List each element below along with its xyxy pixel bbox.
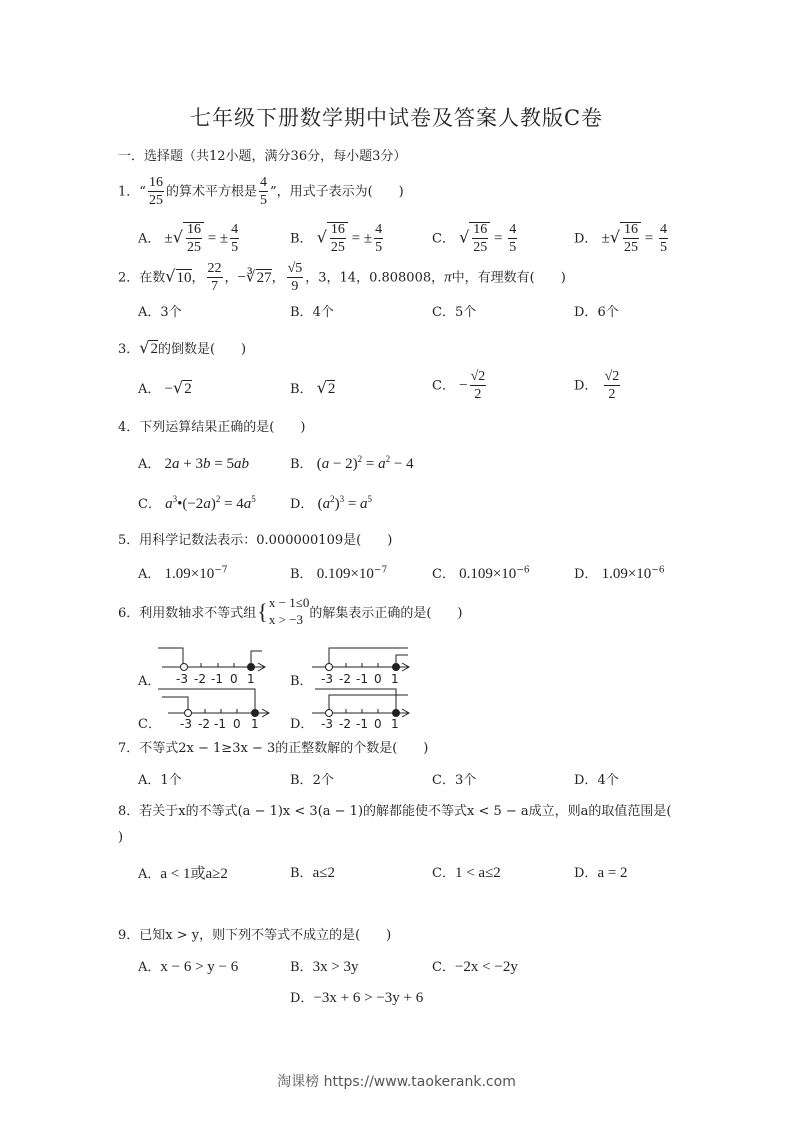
question-4-option-c[interactable]: C． a3•(−2a)2 = 4a5 xyxy=(138,493,256,513)
svg-text:-3: -3 xyxy=(180,717,192,731)
question-5-option-b[interactable]: B． 0.109×10−7 xyxy=(290,563,387,583)
question-7-option-b[interactable]: B．2个 xyxy=(290,769,334,788)
number-line-diagrams: -3-2-101 -3-2-101 -3-2-101 -3-2-101 xyxy=(0,0,793,1122)
svg-text:-2: -2 xyxy=(198,717,210,731)
question-9-option-b[interactable]: B．3x > 3y xyxy=(290,956,359,976)
question-2-option-d[interactable]: D．6个 xyxy=(574,301,619,320)
question-9-option-a[interactable]: A．x − 6 > y − 6 xyxy=(138,956,238,976)
question-1-option-a[interactable]: A． ±√1625 = ±45 xyxy=(138,222,241,255)
question-1-option-c[interactable]: C． √1625 = 45 xyxy=(432,222,519,255)
number-line-b xyxy=(312,648,409,671)
question-2-option-a[interactable]: A．3个 xyxy=(138,301,182,320)
fraction-4-5: 45 xyxy=(259,176,268,208)
question-3-option-a[interactable]: A． −√2 xyxy=(138,378,192,398)
number-line-a xyxy=(158,648,265,671)
fraction-16-25: 1625 xyxy=(148,176,164,208)
number-line-d xyxy=(312,689,409,717)
section-heading: 一．选择题（共12小题，满分36分，每小题3分） xyxy=(118,145,406,164)
svg-text:-2: -2 xyxy=(194,672,206,686)
svg-text:-3: -3 xyxy=(176,672,188,686)
question-4-stem: 4．下列运算结果正确的是( ) xyxy=(118,416,305,435)
question-1-option-b[interactable]: B． √1625 = ±45 xyxy=(290,222,385,255)
question-5-option-a[interactable]: A． 1.09×10−7 xyxy=(138,563,228,583)
footer-watermark: 淘课榜 https://www.taokerank.com xyxy=(0,1071,793,1091)
svg-text:0: 0 xyxy=(230,672,238,686)
document-title: 七年级下册数学期中试卷及答案人教版C卷 xyxy=(0,102,793,132)
svg-text:-1: -1 xyxy=(214,717,226,731)
question-2-option-b[interactable]: B．4个 xyxy=(290,301,334,320)
question-1-option-d[interactable]: D． ±√1625 = 45 xyxy=(574,222,670,255)
question-2-option-c[interactable]: C．5个 xyxy=(432,301,476,320)
svg-text:-1: -1 xyxy=(356,672,368,686)
svg-text:-3: -3 xyxy=(321,717,333,731)
question-7-stem: 7．不等式2x − 1≥3x − 3的正整数解的个数是( ) xyxy=(118,737,428,756)
svg-text:-2: -2 xyxy=(339,672,351,686)
question-8-option-b[interactable]: B．a≤2 xyxy=(290,862,335,882)
svg-text:1: 1 xyxy=(391,672,399,686)
svg-text:0: 0 xyxy=(374,717,382,731)
question-6-option-d-label[interactable]: D． xyxy=(290,713,313,732)
question-6-stem: 6．利用数轴求不等式组 { x − 1≤0x > −3 的解集表示正确的是( ) xyxy=(118,595,462,629)
question-4-option-a[interactable]: A． 2a + 3b = 5ab xyxy=(138,453,249,473)
svg-text:0: 0 xyxy=(233,717,241,731)
question-5-stem: 5．用科学记数法表示：0.000000109是( ) xyxy=(118,529,392,548)
question-3-stem: 3．√2的倒数是( ) xyxy=(118,338,246,358)
svg-text:1: 1 xyxy=(391,717,399,731)
question-8-stem: 8．若关于x的不等式(a − 1)x < 3(a − 1)的解都能使不等式x <… xyxy=(118,800,672,819)
svg-text:-1: -1 xyxy=(356,717,368,731)
question-7-option-a[interactable]: A．1个 xyxy=(138,769,182,788)
number-line-c xyxy=(158,689,269,717)
svg-text:-3: -3 xyxy=(321,672,333,686)
question-2-stem: 2．在数√10，227，−∛27，√59，3，14，0.808008，π中，有理… xyxy=(118,262,566,294)
question-4-option-b[interactable]: B． (a − 2)2 = a2 − 4 xyxy=(290,453,414,473)
question-8-option-d[interactable]: D．a = 2 xyxy=(574,862,628,882)
question-5-option-d[interactable]: D． 1.09×10−6 xyxy=(574,563,665,583)
question-3-option-d[interactable]: D． √22 xyxy=(574,370,622,402)
question-9-option-d[interactable]: D．−3x + 6 > −3y + 6 xyxy=(290,987,423,1007)
svg-text:-1: -1 xyxy=(211,672,223,686)
question-8-stem-continued: ) xyxy=(118,830,123,845)
question-1-stem: 1．“1625的算术平方根是45”，用式子表示为( ) xyxy=(118,176,404,208)
svg-text:0: 0 xyxy=(374,672,382,686)
question-3-option-b[interactable]: B． √2 xyxy=(290,378,335,398)
question-7-option-c[interactable]: C．3个 xyxy=(432,769,476,788)
question-6-option-a-label[interactable]: A． xyxy=(138,670,160,689)
question-6-option-b-label[interactable]: B． xyxy=(290,670,313,689)
question-5-option-c[interactable]: C． 0.109×10−6 xyxy=(432,563,530,583)
question-9-stem: 9．已知x > y，则下列不等式不成立的是( ) xyxy=(118,924,391,943)
question-8-option-a[interactable]: A．a < 1或a≥2 xyxy=(138,862,228,883)
svg-text:1: 1 xyxy=(251,717,259,731)
question-7-option-d[interactable]: D．4个 xyxy=(574,769,619,788)
question-8-option-c[interactable]: C．1 < a≤2 xyxy=(432,862,501,882)
question-9-option-c[interactable]: C．−2x < −2y xyxy=(432,956,518,976)
svg-text:1: 1 xyxy=(247,672,255,686)
question-4-option-d[interactable]: D． (a2)3 = a5 xyxy=(290,493,372,513)
question-3-option-c[interactable]: C． −√22 xyxy=(432,370,488,402)
svg-text:-2: -2 xyxy=(339,717,351,731)
question-6-option-c-label[interactable]: C． xyxy=(138,713,161,732)
